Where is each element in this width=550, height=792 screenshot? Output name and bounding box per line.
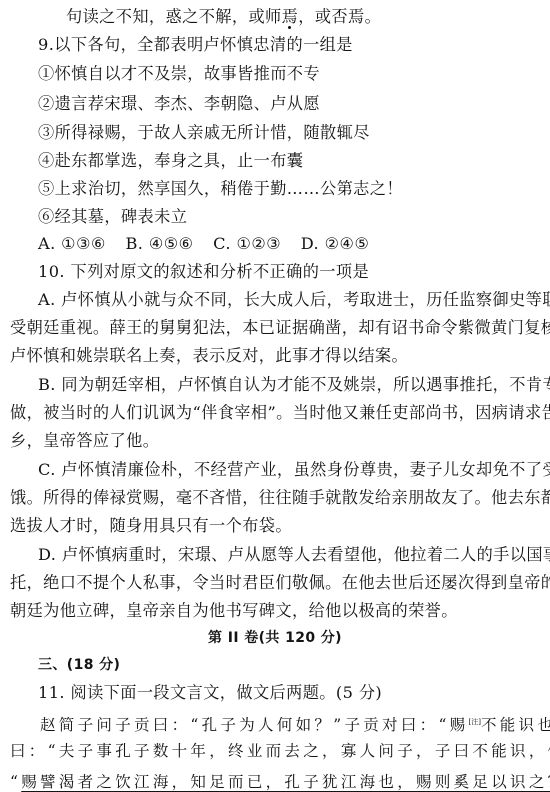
passage-line-3: “赐譬渴者之饮江海，知足而已，孔子犹江海也，赐则奚足以识之？①”简子曰：“善 — [10, 769, 537, 792]
q10-option-b-line-1[interactable]: B. 同为朝廷宰相，卢怀慎自认为才能不及姚崇，所以遇事推托，不肯专心去 — [38, 375, 537, 395]
underlined-sentence: 赐譬渴者之饮江海，知足而已，孔子犹江海也，赐则奚足以识之？ — [21, 773, 550, 791]
q9-item-2: ②遗言荐宋璟、李杰、李朝隐、卢从愿 — [38, 94, 320, 114]
exam-page: 句读之不知，惑之不解，或师焉，或否焉。 9.以下各句，全都表明卢怀慎忠清的一组是… — [0, 0, 550, 792]
q10-option-b-line-3: 乡，皇帝答应了他。 — [10, 431, 159, 451]
passage-line-2: 曰：“夫子事孔子数十年，终业而去之，寡人问子，子曰不能识，何也？”子贡曰： — [10, 741, 537, 761]
q10-option-c-line-3: 选拔人才时，随身用具只有一个布袋。 — [10, 516, 292, 536]
q9-choice-c[interactable]: C. ①②③ — [213, 234, 281, 253]
q9-choice-d[interactable]: D. ②④⑤ — [301, 234, 370, 253]
q10-option-c-line-2: 饿。所得的俸禄赏赐，毫不吝惜，往往随手就散发给亲朋故友了。他去东都为朝廷 — [10, 488, 537, 508]
q9-item-1: ①怀慎自以才不及崇，故事皆推而不专 — [38, 64, 320, 84]
passage-line-1-text-a: 赵简子问子贡曰：“孔子为人何如？”子贡对曰：“赐 — [40, 716, 468, 734]
question-10-stem: 10. 下列对原文的叙述和分析不正确的一项是 — [38, 262, 369, 282]
passage-line-1: 赵简子问子贡曰：“孔子为人何如？”子贡对曰：“赐[注]不能识也。”简子不说 — [40, 712, 537, 735]
q9-choices: A. ①③⑥ B. ④⑤⑥ C. ①②③ D. ②④⑤ — [38, 234, 383, 254]
q9-item-5: ⑤上求治切，然享国久，稍倦于勤……公第志之！ — [38, 179, 403, 199]
q10-option-a-line-2: 受朝廷重视。薛王的舅舅犯法，本已证据确凿，却有诏书命令紫微黄门复核查实， — [10, 318, 537, 338]
q10-option-d-line-3: 朝廷为他立碑，皇帝亲自为他书写碑文，给他以极高的荣誉。 — [10, 601, 458, 621]
intro-text-part1: 句读之不知，惑之不解，或师 — [66, 7, 282, 26]
q9-item-3: ③所得禄赐，于故人亲戚无所计惜，随散辄尽 — [38, 123, 370, 143]
question-9-stem: 9.以下各句，全都表明卢怀慎忠清的一组是 — [38, 35, 353, 55]
section-3-heading: 三、(18 分) — [38, 655, 120, 675]
q9-choice-a[interactable]: A. ①③⑥ — [38, 234, 106, 253]
q10-option-b-line-2: 做，被当时的人们讥讽为“伴食宰相”。当时他又兼任吏部尚书，因病请求告老还 — [10, 403, 537, 423]
annotation-note-marker: [注] — [468, 718, 480, 726]
q9-choice-b[interactable]: B. ④⑤⑥ — [125, 234, 193, 253]
passage-line-1-text-b: 不能识也。”简子不说 — [481, 716, 550, 734]
volume-2-title: 第 II 卷(共 120 分) — [0, 628, 550, 648]
intro-line: 句读之不知，惑之不解，或师焉，或否焉。 — [66, 7, 381, 27]
passage-line-3-open-quote: “ — [10, 773, 21, 791]
emphasis-dotted-char: 焉 — [282, 7, 299, 26]
intro-text-part2: ，或否焉。 — [298, 7, 381, 26]
q9-item-6: ⑥经其墓，碑表未立 — [38, 207, 187, 227]
q10-option-c-line-1[interactable]: C. 卢怀慎清廉俭朴，不经营产业，虽然身份尊贵，妻子儿女却免不了受冻挨 — [38, 460, 537, 480]
q9-item-4: ④赴东都掌选，奉身之具，止一布囊 — [38, 151, 303, 171]
question-11-stem: 11. 阅读下面一段文言文，做文后两题。(5 分) — [38, 683, 382, 703]
q10-option-d-line-1[interactable]: D. 卢怀慎病重时，宋璟、卢从愿等人去看望他，他拉着二人的手以国事相 — [38, 545, 537, 565]
q10-option-a-line-3: 卢怀慎和姚崇联名上奏，表示反对，此事才得以结案。 — [10, 346, 408, 366]
q10-option-d-line-2: 托，绝口不提个人私事，令当时君臣们敬佩。在他去世后还屡次得到皇帝的封赏， — [10, 573, 537, 593]
q10-option-a-line-1[interactable]: A. 卢怀慎从小就与众不同，长大成人后，考取进士，历任监察御史等职，深 — [38, 290, 537, 310]
